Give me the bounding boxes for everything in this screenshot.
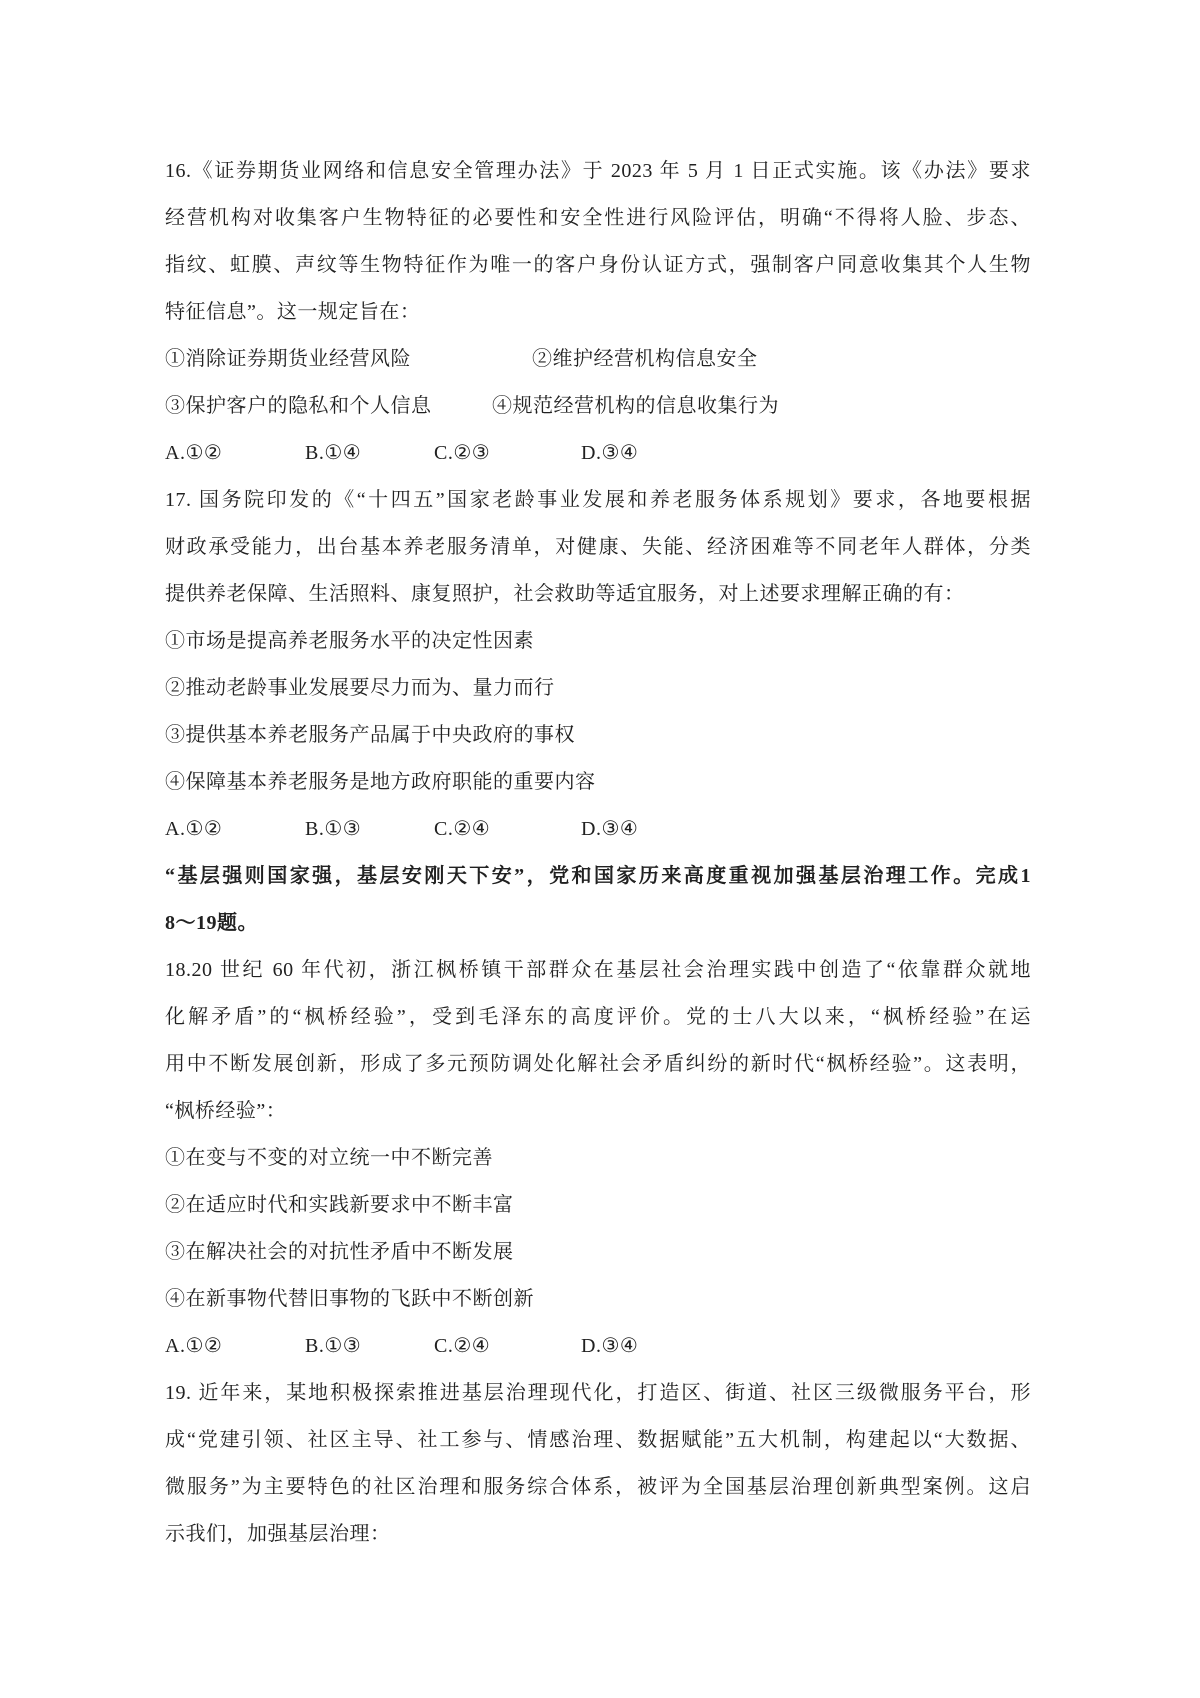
q16-option-row: ①消除证券期货业经营风险②维护经营机构信息安全 [165, 336, 1031, 383]
q17-option-4: ④保障基本养老服务是地方政府职能的重要内容 [165, 759, 1031, 806]
q16-answer-a: A.①② [165, 430, 305, 477]
q17-option-3: ③提供基本养老服务产品属于中央政府的事权 [165, 712, 1031, 759]
q16-body-line: 经营机构对收集客户生物特征的必要性和安全性进行风险评估，明确“不得将人脸、步态、 [165, 195, 1031, 242]
q19-body-line: 成“党建引领、社区主导、社工参与、情感治理、数据赋能”五大机制，构建起以“大数据… [165, 1417, 1031, 1464]
q17-answer-row: A.①②B.①③C.②④D.③④ [165, 806, 1031, 853]
q16-answer-b: B.①④ [305, 430, 434, 477]
q16-option-3: ③保护客户的隐私和个人信息 [165, 383, 492, 430]
exam-page: 16.《证券期货业网络和信息安全管理办法》于 2023 年 5 月 1 日正式实… [0, 0, 1200, 1698]
q18-option-3: ③在解决社会的对抗性矛盾中不断发展 [165, 1229, 1031, 1276]
q17-body-line: 财政承受能力，出台基本养老服务清单，对健康、失能、经济困难等不同老年人群体，分类 [165, 524, 1031, 571]
q19-body-line: 19. 近年来，某地积极探索推进基层治理现代化，打造区、街道、社区三级微服务平台… [165, 1370, 1031, 1417]
q18-answer-d: D.③④ [581, 1323, 638, 1370]
q17-option-1: ①市场是提高养老服务水平的决定性因素 [165, 618, 1031, 665]
q16-answer-row: A.①②B.①④C.②③D.③④ [165, 430, 1031, 477]
q17-body-line: 17. 国务院印发的《“十四五”国家老龄事业发展和养老服务体系规划》要求，各地要… [165, 477, 1031, 524]
q16-option-2: ②维护经营机构信息安全 [532, 336, 758, 383]
q18-answer-c: C.②④ [434, 1323, 581, 1370]
q16-answer-c: C.②③ [434, 430, 581, 477]
q16-answer-d: D.③④ [581, 430, 638, 477]
q18-body-line: 用中不断发展创新，形成了多元预防调处化解社会矛盾纠纷的新时代“枫桥经验”。这表明… [165, 1041, 1031, 1088]
q18-body-line: 化解矛盾”的“枫桥经验”，受到毛泽东的高度评价。党的士八大以来，“枫桥经验”在运 [165, 994, 1031, 1041]
exam-content: 16.《证券期货业网络和信息安全管理办法》于 2023 年 5 月 1 日正式实… [165, 148, 1031, 1558]
q18-answer-row: A.①②B.①③C.②④D.③④ [165, 1323, 1031, 1370]
q17-body-line: 提供养老保障、生活照料、康复照护，社会救助等适宜服务，对上述要求理解正确的有： [165, 571, 1031, 618]
q19-body-line: 微服务”为主要特色的社区治理和服务综合体系，被评为全国基层治理创新典型案例。这启 [165, 1464, 1031, 1511]
q16-option-1: ①消除证券期货业经营风险 [165, 336, 532, 383]
q18-option-2: ②在适应时代和实践新要求中不断丰富 [165, 1182, 1031, 1229]
intro-18-19-line: “基层强则国家强，基层安刚天下安”，党和国家历来高度重视加强基层治理工作。完成1 [165, 853, 1031, 900]
q18-body-line: “枫桥经验”： [165, 1088, 1031, 1135]
q19-body-line: 示我们，加强基层治理： [165, 1511, 1031, 1558]
q16-body-line: 特征信息”。这一规定旨在： [165, 289, 1031, 336]
q18-option-4: ④在新事物代替旧事物的飞跃中不断创新 [165, 1276, 1031, 1323]
q17-answer-b: B.①③ [305, 806, 434, 853]
q18-answer-b: B.①③ [305, 1323, 434, 1370]
q18-answer-a: A.①② [165, 1323, 305, 1370]
q16-option-row: ③保护客户的隐私和个人信息④规范经营机构的信息收集行为 [165, 383, 1031, 430]
q17-answer-a: A.①② [165, 806, 305, 853]
intro-18-19-line: 8～19题。 [165, 900, 1031, 947]
q17-answer-d: D.③④ [581, 806, 638, 853]
q17-answer-c: C.②④ [434, 806, 581, 853]
q16-body-line: 16.《证券期货业网络和信息安全管理办法》于 2023 年 5 月 1 日正式实… [165, 148, 1031, 195]
q18-option-1: ①在变与不变的对立统一中不断完善 [165, 1135, 1031, 1182]
q17-option-2: ②推动老龄事业发展要尽力而为、量力而行 [165, 665, 1031, 712]
q16-body-line: 指纹、虹膜、声纹等生物特征作为唯一的客户身份认证方式，强制客户同意收集其个人生物 [165, 242, 1031, 289]
q16-option-4: ④规范经营机构的信息收集行为 [492, 383, 779, 430]
q18-body-line: 18.20 世纪 60 年代初，浙江枫桥镇干部群众在基层社会治理实践中创造了“依… [165, 947, 1031, 994]
